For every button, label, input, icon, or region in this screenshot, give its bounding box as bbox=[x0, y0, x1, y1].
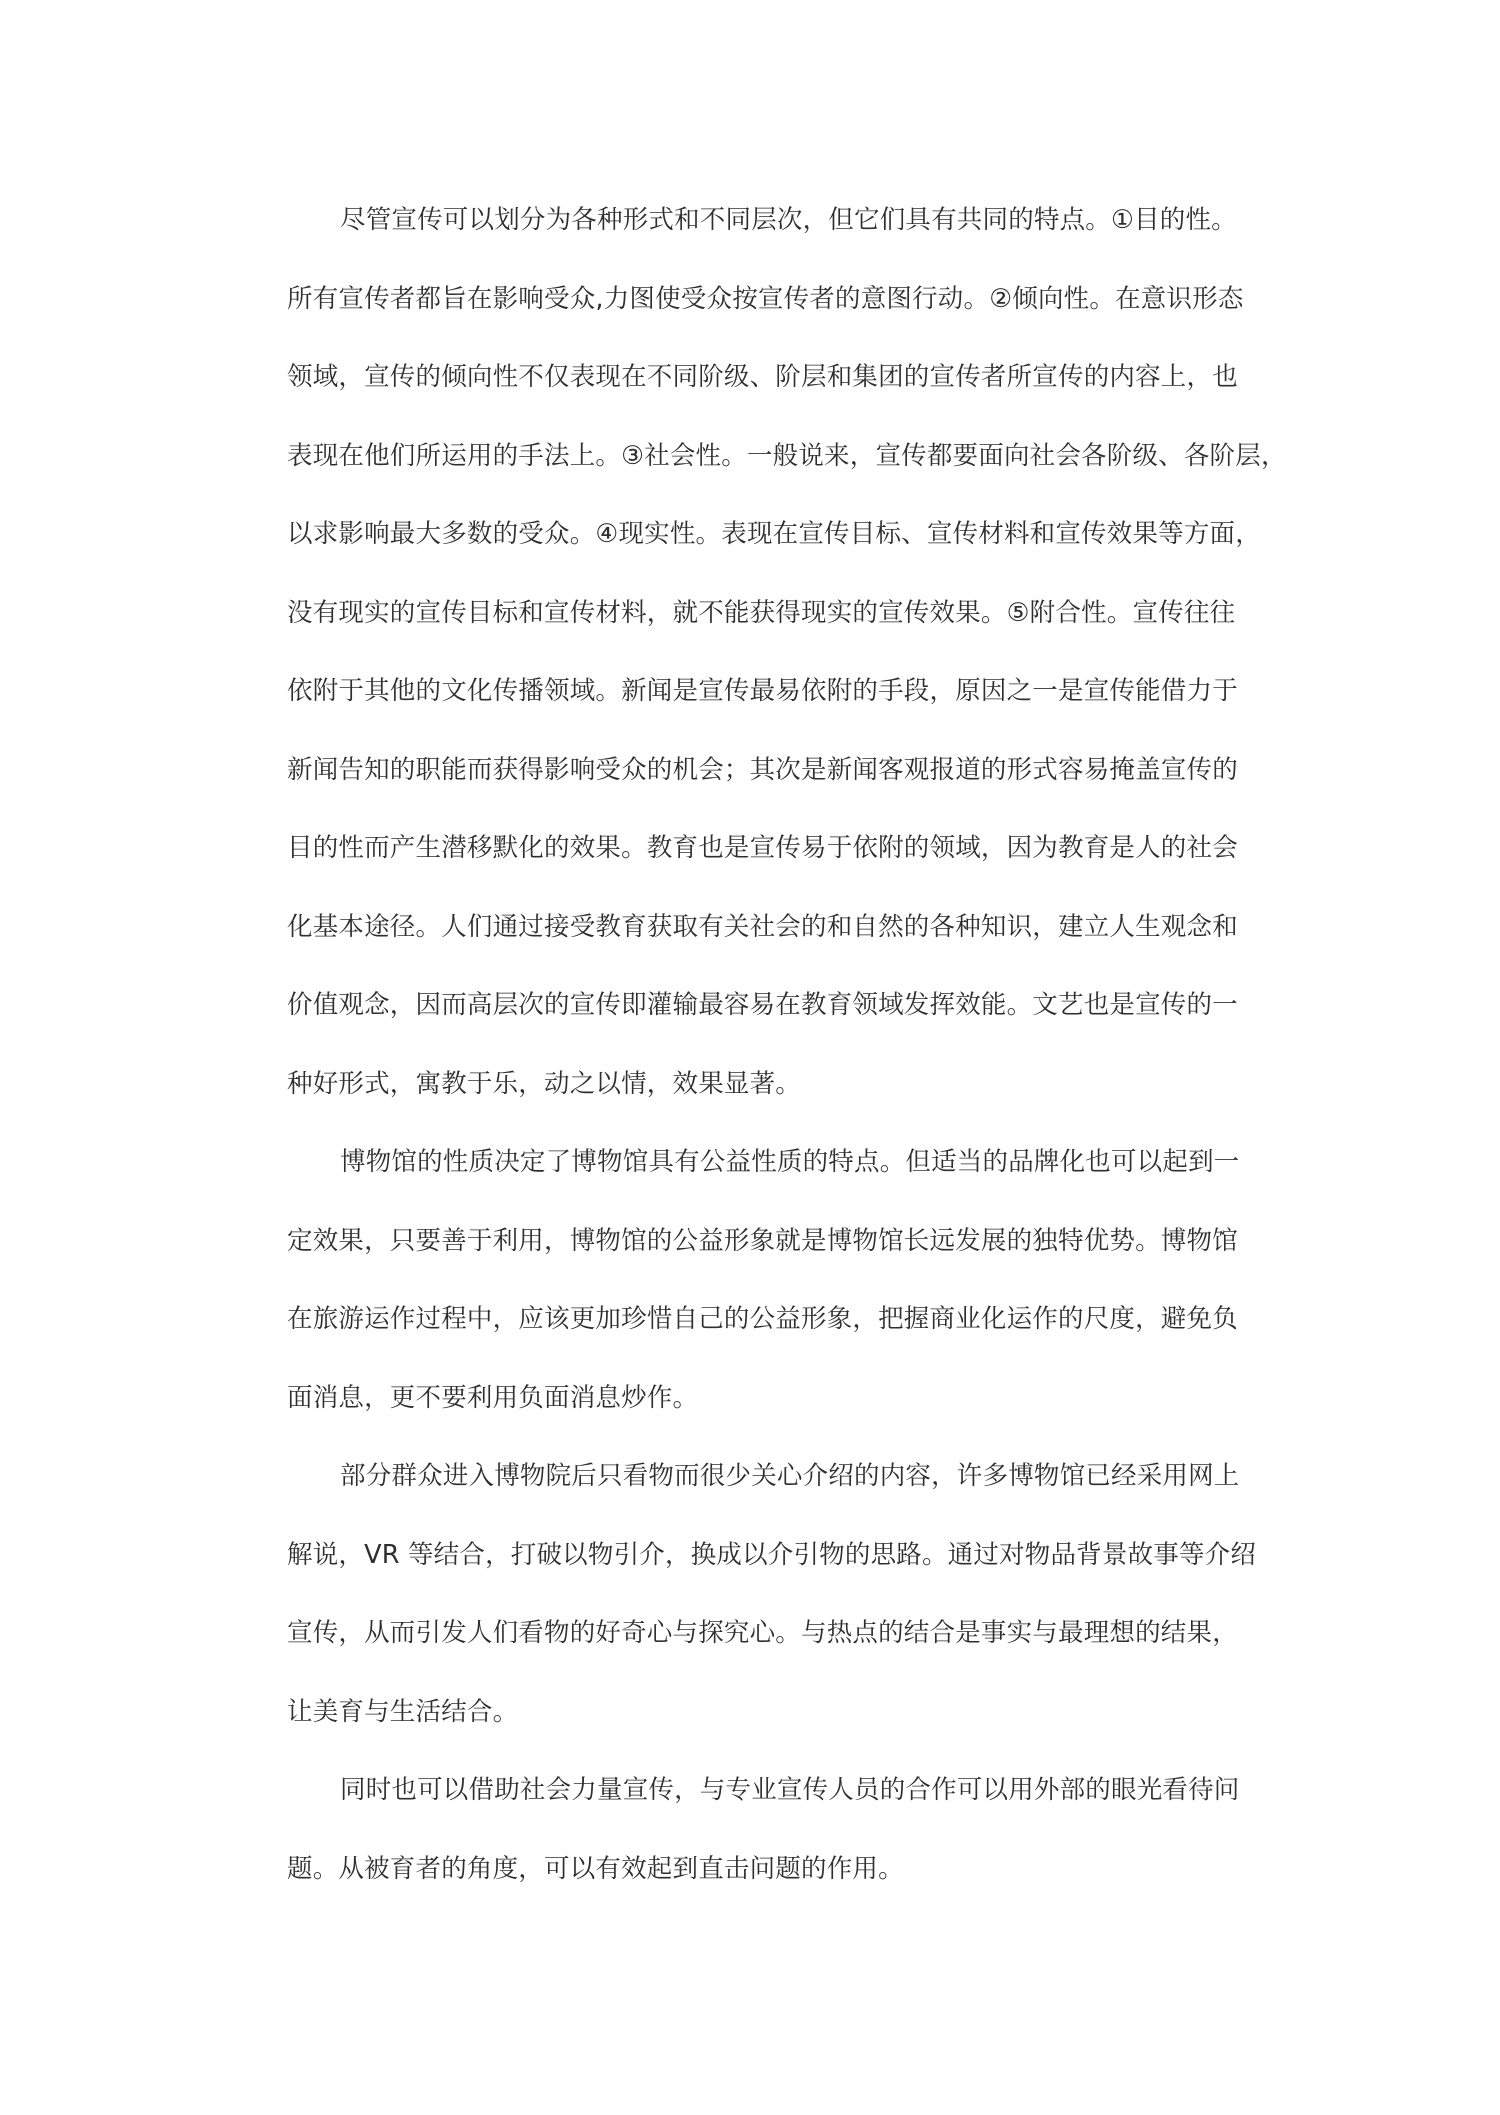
text-line: 博物馆的性质决定了博物馆具有公益性质的特点。但适当的品牌化也可以起到一 bbox=[340, 1142, 1240, 1182]
text-line: 种好形式，寓教于乐，动之以情，效果显著。 bbox=[287, 1064, 801, 1104]
text-line: 目的性而产生潜移默化的效果。教育也是宣传易于依附的领域，因为教育是人的社会 bbox=[287, 828, 1238, 868]
text-line: 表现在他们所运用的手法上。③社会性。一般说来，宣传都要面向社会各阶级、各阶层， bbox=[287, 436, 1287, 476]
text-line: 领域，宣传的倾向性不仅表现在不同阶级、阶层和集团的宣传者所宣传的内容上，也 bbox=[287, 357, 1238, 397]
text-line: 化基本途径。人们通过接受教育获取有关社会的和自然的各种知识，建立人生观念和 bbox=[287, 907, 1238, 947]
text-line: 面消息，更不要利用负面消息炒作。 bbox=[287, 1378, 698, 1418]
text-line: 所有宣传者都旨在影响受众,力图使受众按宣传者的意图行动。②倾向性。在意识形态 bbox=[287, 279, 1244, 319]
text-line: 定效果，只要善于利用，博物馆的公益形象就是博物馆长远发展的独特优势。博物馆 bbox=[287, 1221, 1238, 1261]
text-line: 让美育与生活结合。 bbox=[287, 1692, 518, 1732]
text-line: 题。从被育者的角度，可以有效起到直击问题的作用。 bbox=[287, 1849, 904, 1889]
text-line: 宣传，从而引发人们看物的好奇心与探究心。与热点的结合是事实与最理想的结果， bbox=[287, 1613, 1238, 1653]
text-line: 尽管宣传可以划分为各种形式和不同层次，但它们具有共同的特点。①目的性。 bbox=[340, 200, 1237, 240]
text-line: 解说，VR 等结合，打破以物引介，换成以介引物的思路。通过对物品背景故事等介绍 bbox=[287, 1535, 1256, 1575]
text-line: 价值观念，因而高层次的宣传即灌输最容易在教育领域发挥效能。文艺也是宣传的一 bbox=[287, 985, 1238, 1025]
text-line: 同时也可以借助社会力量宣传，与专业宣传人员的合作可以用外部的眼光看待问 bbox=[340, 1770, 1240, 1810]
text-line: 在旅游运作过程中，应该更加珍惜自己的公益形象，把握商业化运作的尺度，避免负 bbox=[287, 1299, 1238, 1339]
text-line: 部分群众进入博物院后只看物而很少关心介绍的内容，许多博物馆已经采用网上 bbox=[340, 1456, 1240, 1496]
text-line: 新闻告知的职能而获得影响受众的机会；其次是新闻客观报道的形式容易掩盖宣传的 bbox=[287, 750, 1238, 790]
text-line: 以求影响最大多数的受众。④现实性。表现在宣传目标、宣传材料和宣传效果等方面， bbox=[287, 514, 1261, 554]
text-line: 依附于其他的文化传播领域。新闻是宣传最易依附的手段，原因之一是宣传能借力于 bbox=[287, 671, 1238, 711]
text-line: 没有现实的宣传目标和宣传材料，就不能获得现实的宣传效果。⑤附合性。宣传往往 bbox=[287, 593, 1235, 633]
